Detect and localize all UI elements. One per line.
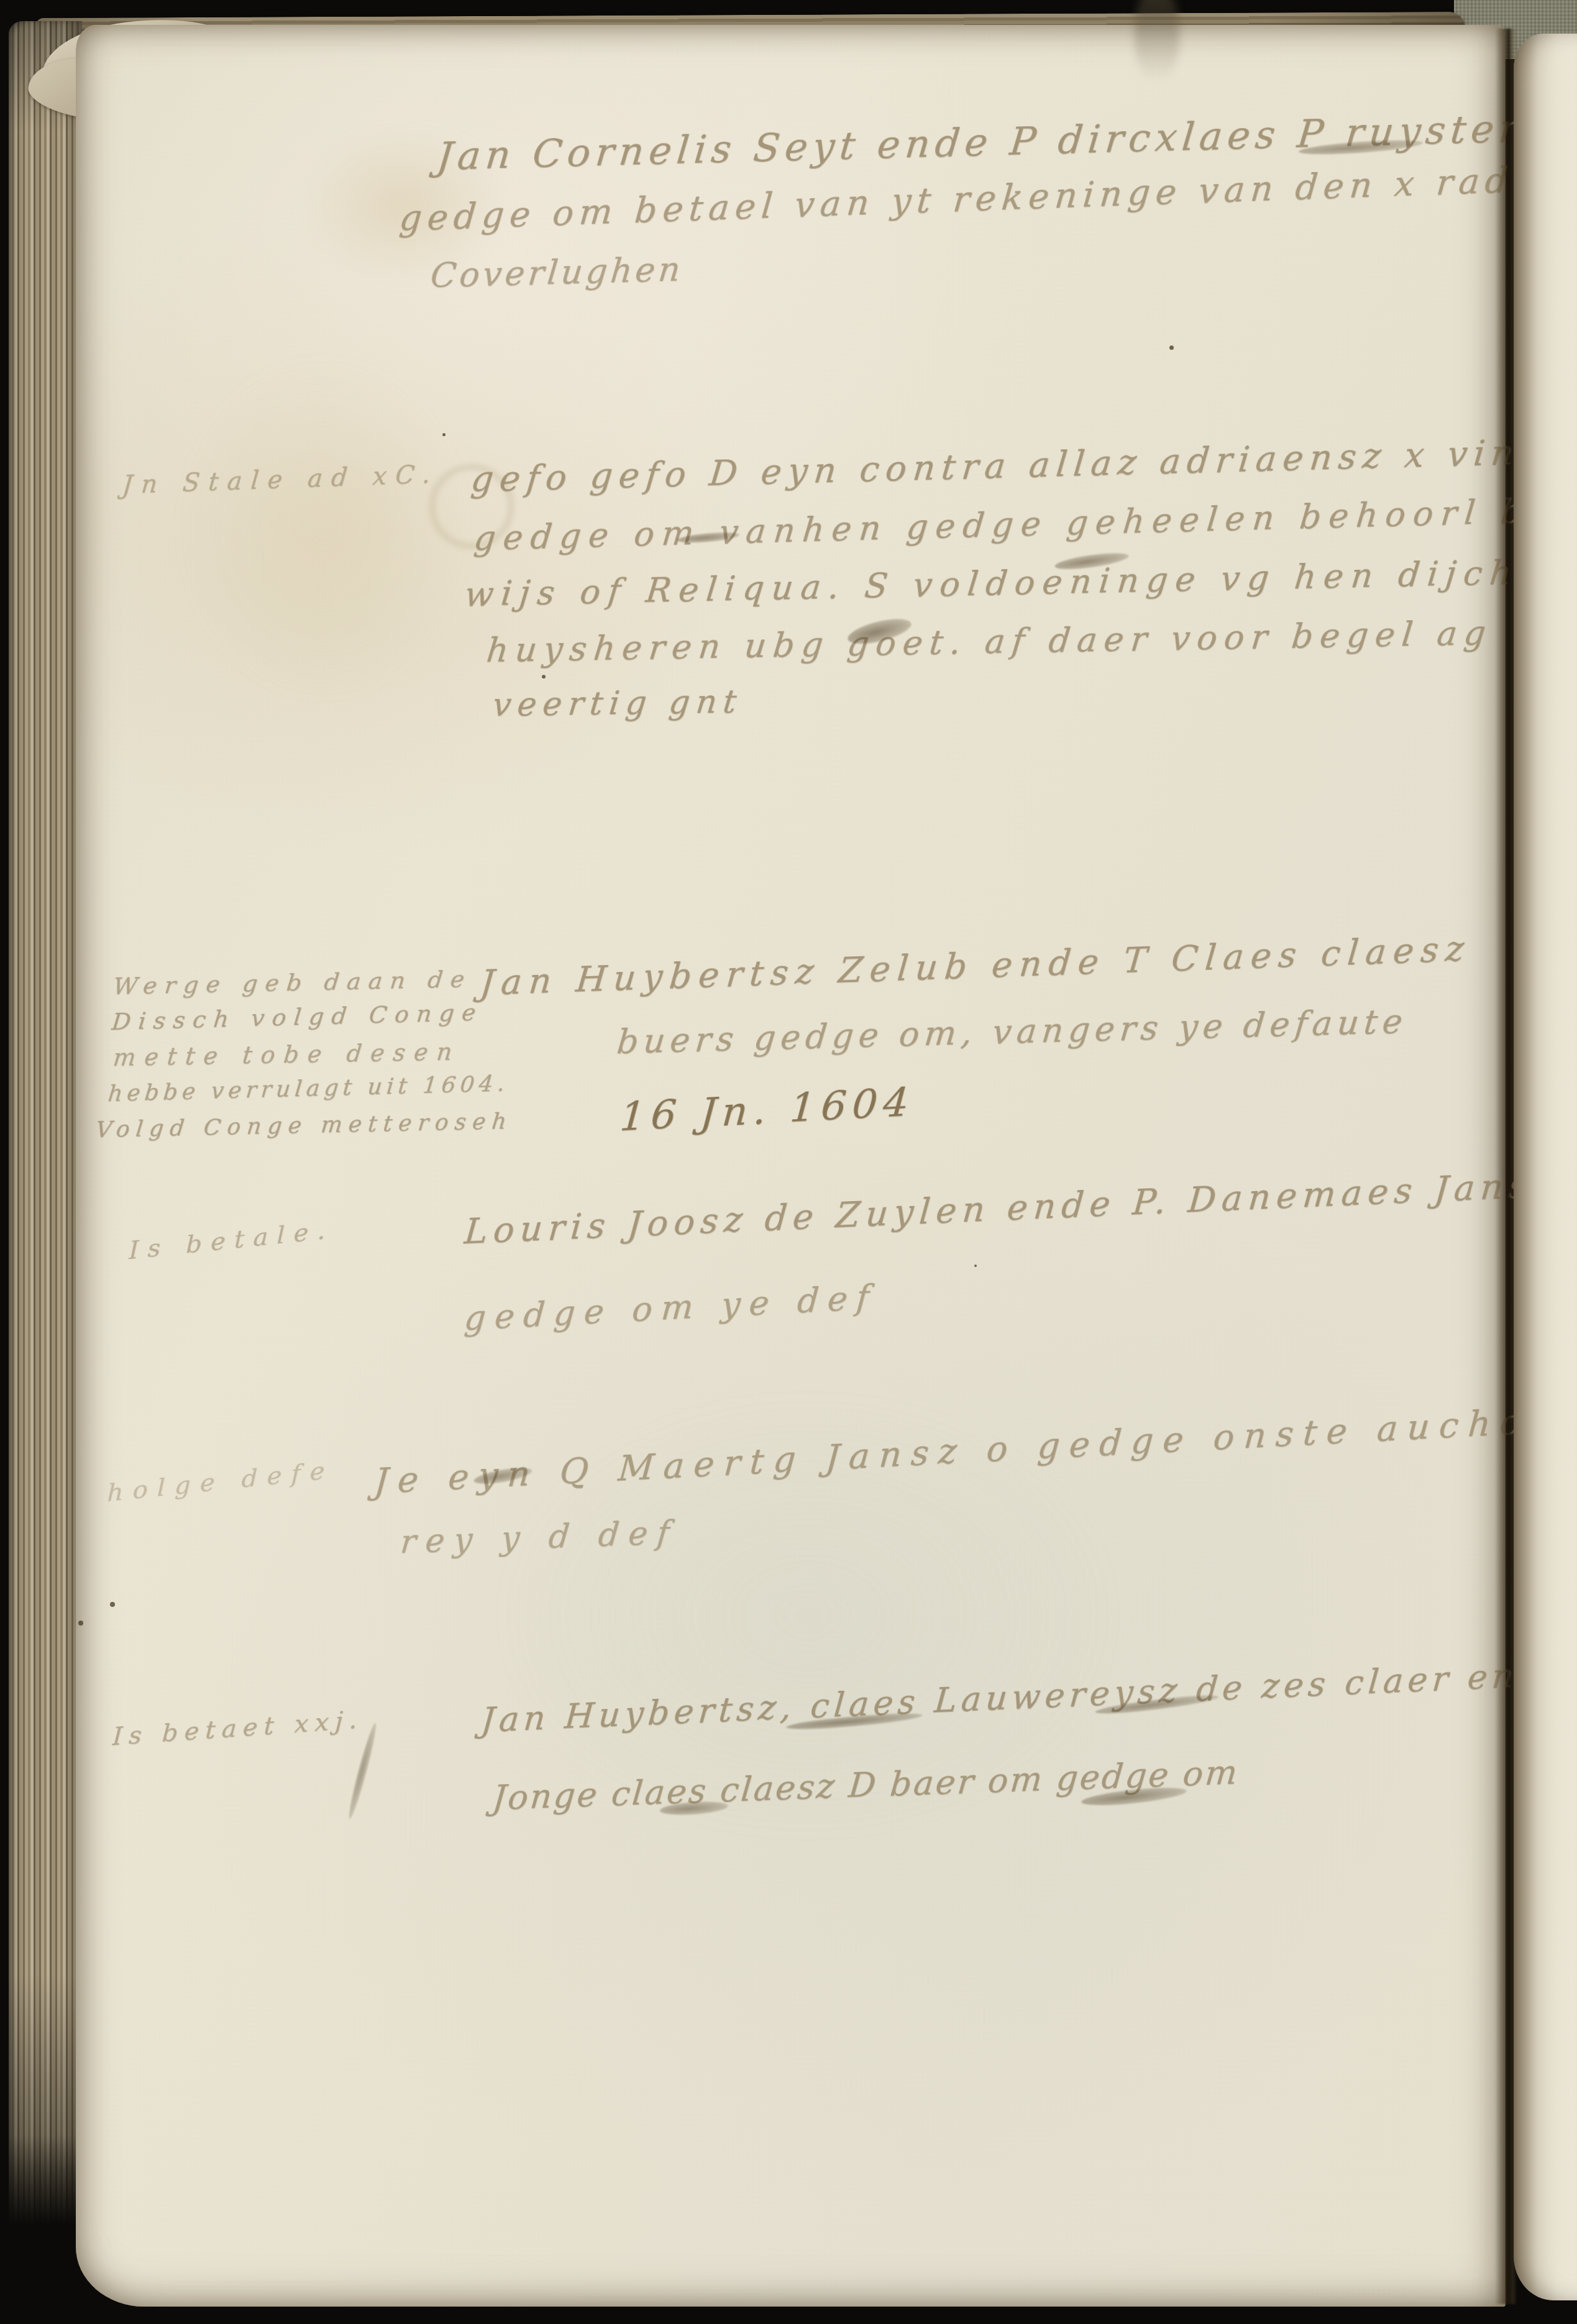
handwriting-line: huysheren ubg goet. af daer voor begel a… [485,613,1494,670]
handwriting-line: rey y d def [399,1514,680,1561]
handwriting-line: Jan Huybertsz, claes Lauwereysz de zes c… [480,1654,1570,1740]
ink-speck [1169,345,1174,350]
handwriting-line: hebbe verrulagt uit 1604. [107,1071,510,1107]
handwriting-line: Jonge claes claesz D baer om gedge om [491,1752,1241,1818]
handwriting-line: veertig gnt [491,683,744,724]
paper-stain [1135,0,1179,81]
handwriting-line: 16 Jn. 1604 [618,1079,916,1141]
handwriting-line: gefo gefo D eyn contra allaz adriaensz x… [469,432,1546,500]
facing-page [1514,34,1577,2300]
ink-speck [442,433,446,436]
manuscript-scan: Jan Cornelis Seyt ende P dircxlaes P ruy… [0,0,1577,2324]
handwriting-line: Coverlughen [429,249,685,295]
paper-stain [373,1305,1243,1926]
ink-mark [346,1722,380,1820]
ink-speck [542,675,546,679]
gutter-crease [1495,29,1517,2304]
handwriting-line: Louris Joosz de Zuylen ende P. Danemaes … [463,1164,1558,1252]
handwriting-line: Werge geb daan de [112,965,473,1000]
handwriting-line: Je eyn Q Maertg Jansz o gedge onste auch… [373,1401,1532,1502]
handwriting-line: gedge om ye def [463,1277,879,1338]
handwriting-line: Is betale. [129,1215,334,1265]
handwriting-line: Volgd Conge metteroseh [94,1109,514,1143]
handwriting-line: Jn Stale ad xC. [121,460,441,500]
handwriting-line: mette tobe desen [112,1038,462,1071]
handwriting-line: Dissch volgd Conge [111,998,485,1035]
handwriting-line: buers gedge om, vangers ye defaute [615,1002,1409,1061]
paper-stain [124,292,522,764]
book-fore-edges [9,21,82,2239]
ink-speck [78,1621,83,1626]
handwriting-line: Jan Huybertsz Zelub ende T Claes claesz [478,929,1473,1004]
handwriting-line: gedge om vanhen gedge geheelen behoorl b… [472,491,1559,558]
handwriting-line: wijs of Reliqua. S voldoeninge vg hen di… [463,553,1521,614]
manuscript-page: Jan Cornelis Seyt ende P dircxlaes P ruy… [76,25,1506,2307]
ink-speck [110,1602,115,1607]
handwriting-line: Is betaet xxj. [112,1705,364,1751]
handwriting-line: holge defe [107,1455,334,1507]
ink-speck [974,1265,977,1267]
